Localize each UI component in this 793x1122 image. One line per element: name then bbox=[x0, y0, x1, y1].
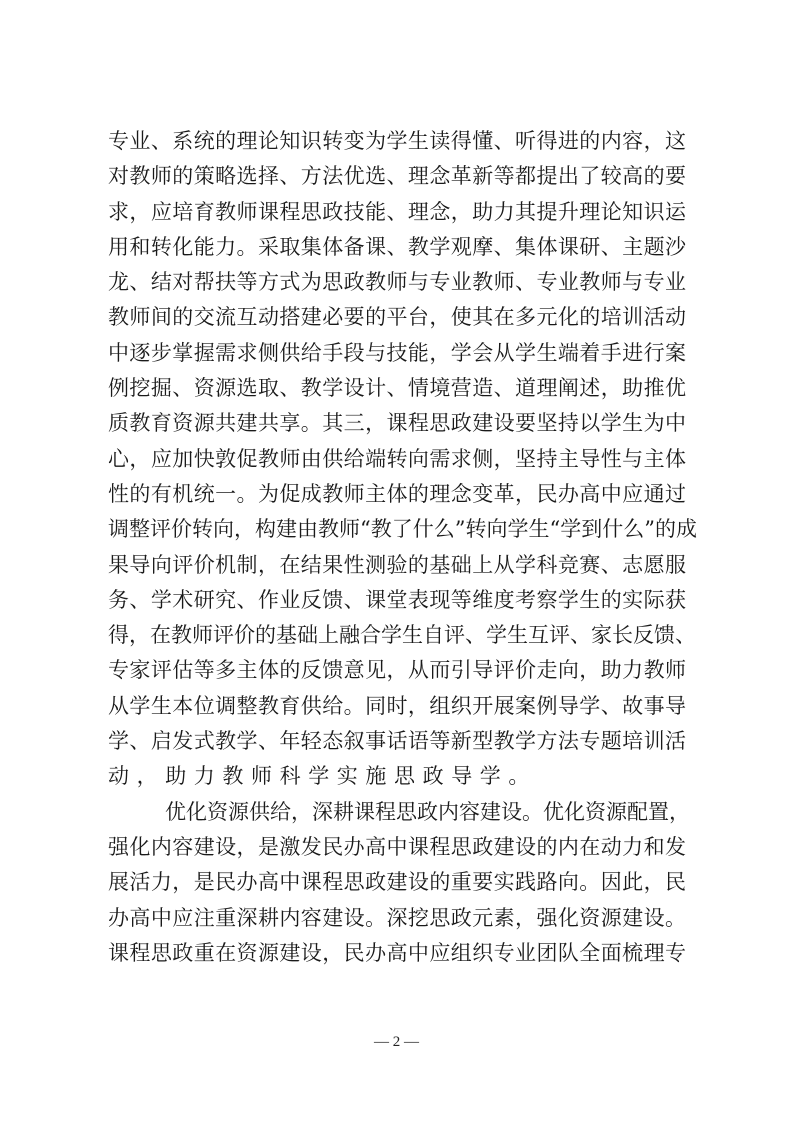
text-line: 得，在教师评价的基础上融合学生自评、学生互评、家长反馈、 bbox=[108, 618, 686, 653]
text-line: 果导向评价机制，在结果性测验的基础上从学科竞赛、志愿服 bbox=[108, 548, 686, 583]
text-line: 用和转化能力。采取集体备课、教学观摩、集体课研、主题沙 bbox=[108, 230, 686, 265]
document-page: 专业、系统的理论知识转变为学生读得懂、听得进的内容，这 对教师的策略选择、方法优… bbox=[0, 0, 793, 1122]
text-line: 对教师的策略选择、方法优选、理念革新等都提出了较高的要 bbox=[108, 159, 686, 194]
text-line: 中逐步掌握需求侧供给手段与技能，学会从学生端着手进行案 bbox=[108, 336, 686, 371]
text-line: 专家评估等多主体的反馈意见，从而引导评价走向，助力教师 bbox=[108, 653, 686, 688]
text-line: 质教育资源共建共享。其三，课程思政建设要坚持以学生为中 bbox=[108, 406, 686, 441]
text-line: 从学生本位调整教育供给。同时，组织开展案例导学、故事导 bbox=[108, 689, 686, 724]
paragraph-end-line: 动，助力教师科学实施思政导学。 bbox=[108, 759, 686, 794]
paragraph-start-line: 优化资源供给，深耕课程思政内容建设。优化资源配置， bbox=[108, 795, 686, 830]
text-line: 性的有机统一。为促成教师主体的理念变革，民办高中应通过 bbox=[108, 477, 686, 512]
text-line: 办高中应注重深耕内容建设。深挖思政元素，强化资源建设。 bbox=[108, 901, 686, 936]
text-line: 龙、结对帮扶等方式为思政教师与专业教师、专业教师与专业 bbox=[108, 265, 686, 300]
text-line: 教师间的交流互动搭建必要的平台，使其在多元化的培训活动 bbox=[108, 300, 686, 335]
text-line: 例挖掘、资源选取、教学设计、情境营造、道理阐述，助推优 bbox=[108, 371, 686, 406]
body-text: 专业、系统的理论知识转变为学生读得懂、听得进的内容，这 对教师的策略选择、方法优… bbox=[108, 124, 686, 971]
text-line: 求，应培育教师课程思政技能、理念，助力其提升理论知识运 bbox=[108, 195, 686, 230]
page-number: — 2 — bbox=[0, 1034, 793, 1051]
text-line: 学、启发式教学、年轻态叙事话语等新型教学方法专题培训活 bbox=[108, 724, 686, 759]
text-line: 强化内容建设，是激发民办高中课程思政建设的内在动力和发 bbox=[108, 830, 686, 865]
text-line: 课程思政重在资源建设，民办高中应组织专业团队全面梳理专 bbox=[108, 936, 686, 971]
text-line: 调整评价转向，构建由教师“教了什么”转向学生“学到什么”的成 bbox=[108, 512, 686, 547]
text-line: 专业、系统的理论知识转变为学生读得懂、听得进的内容，这 bbox=[108, 124, 686, 159]
text-line: 务、学术研究、作业反馈、课堂表现等维度考察学生的实际获 bbox=[108, 583, 686, 618]
text-line: 心，应加快敦促教师由供给端转向需求侧，坚持主导性与主体 bbox=[108, 442, 686, 477]
text-line: 展活力，是民办高中课程思政建设的重要实践路向。因此，民 bbox=[108, 865, 686, 900]
